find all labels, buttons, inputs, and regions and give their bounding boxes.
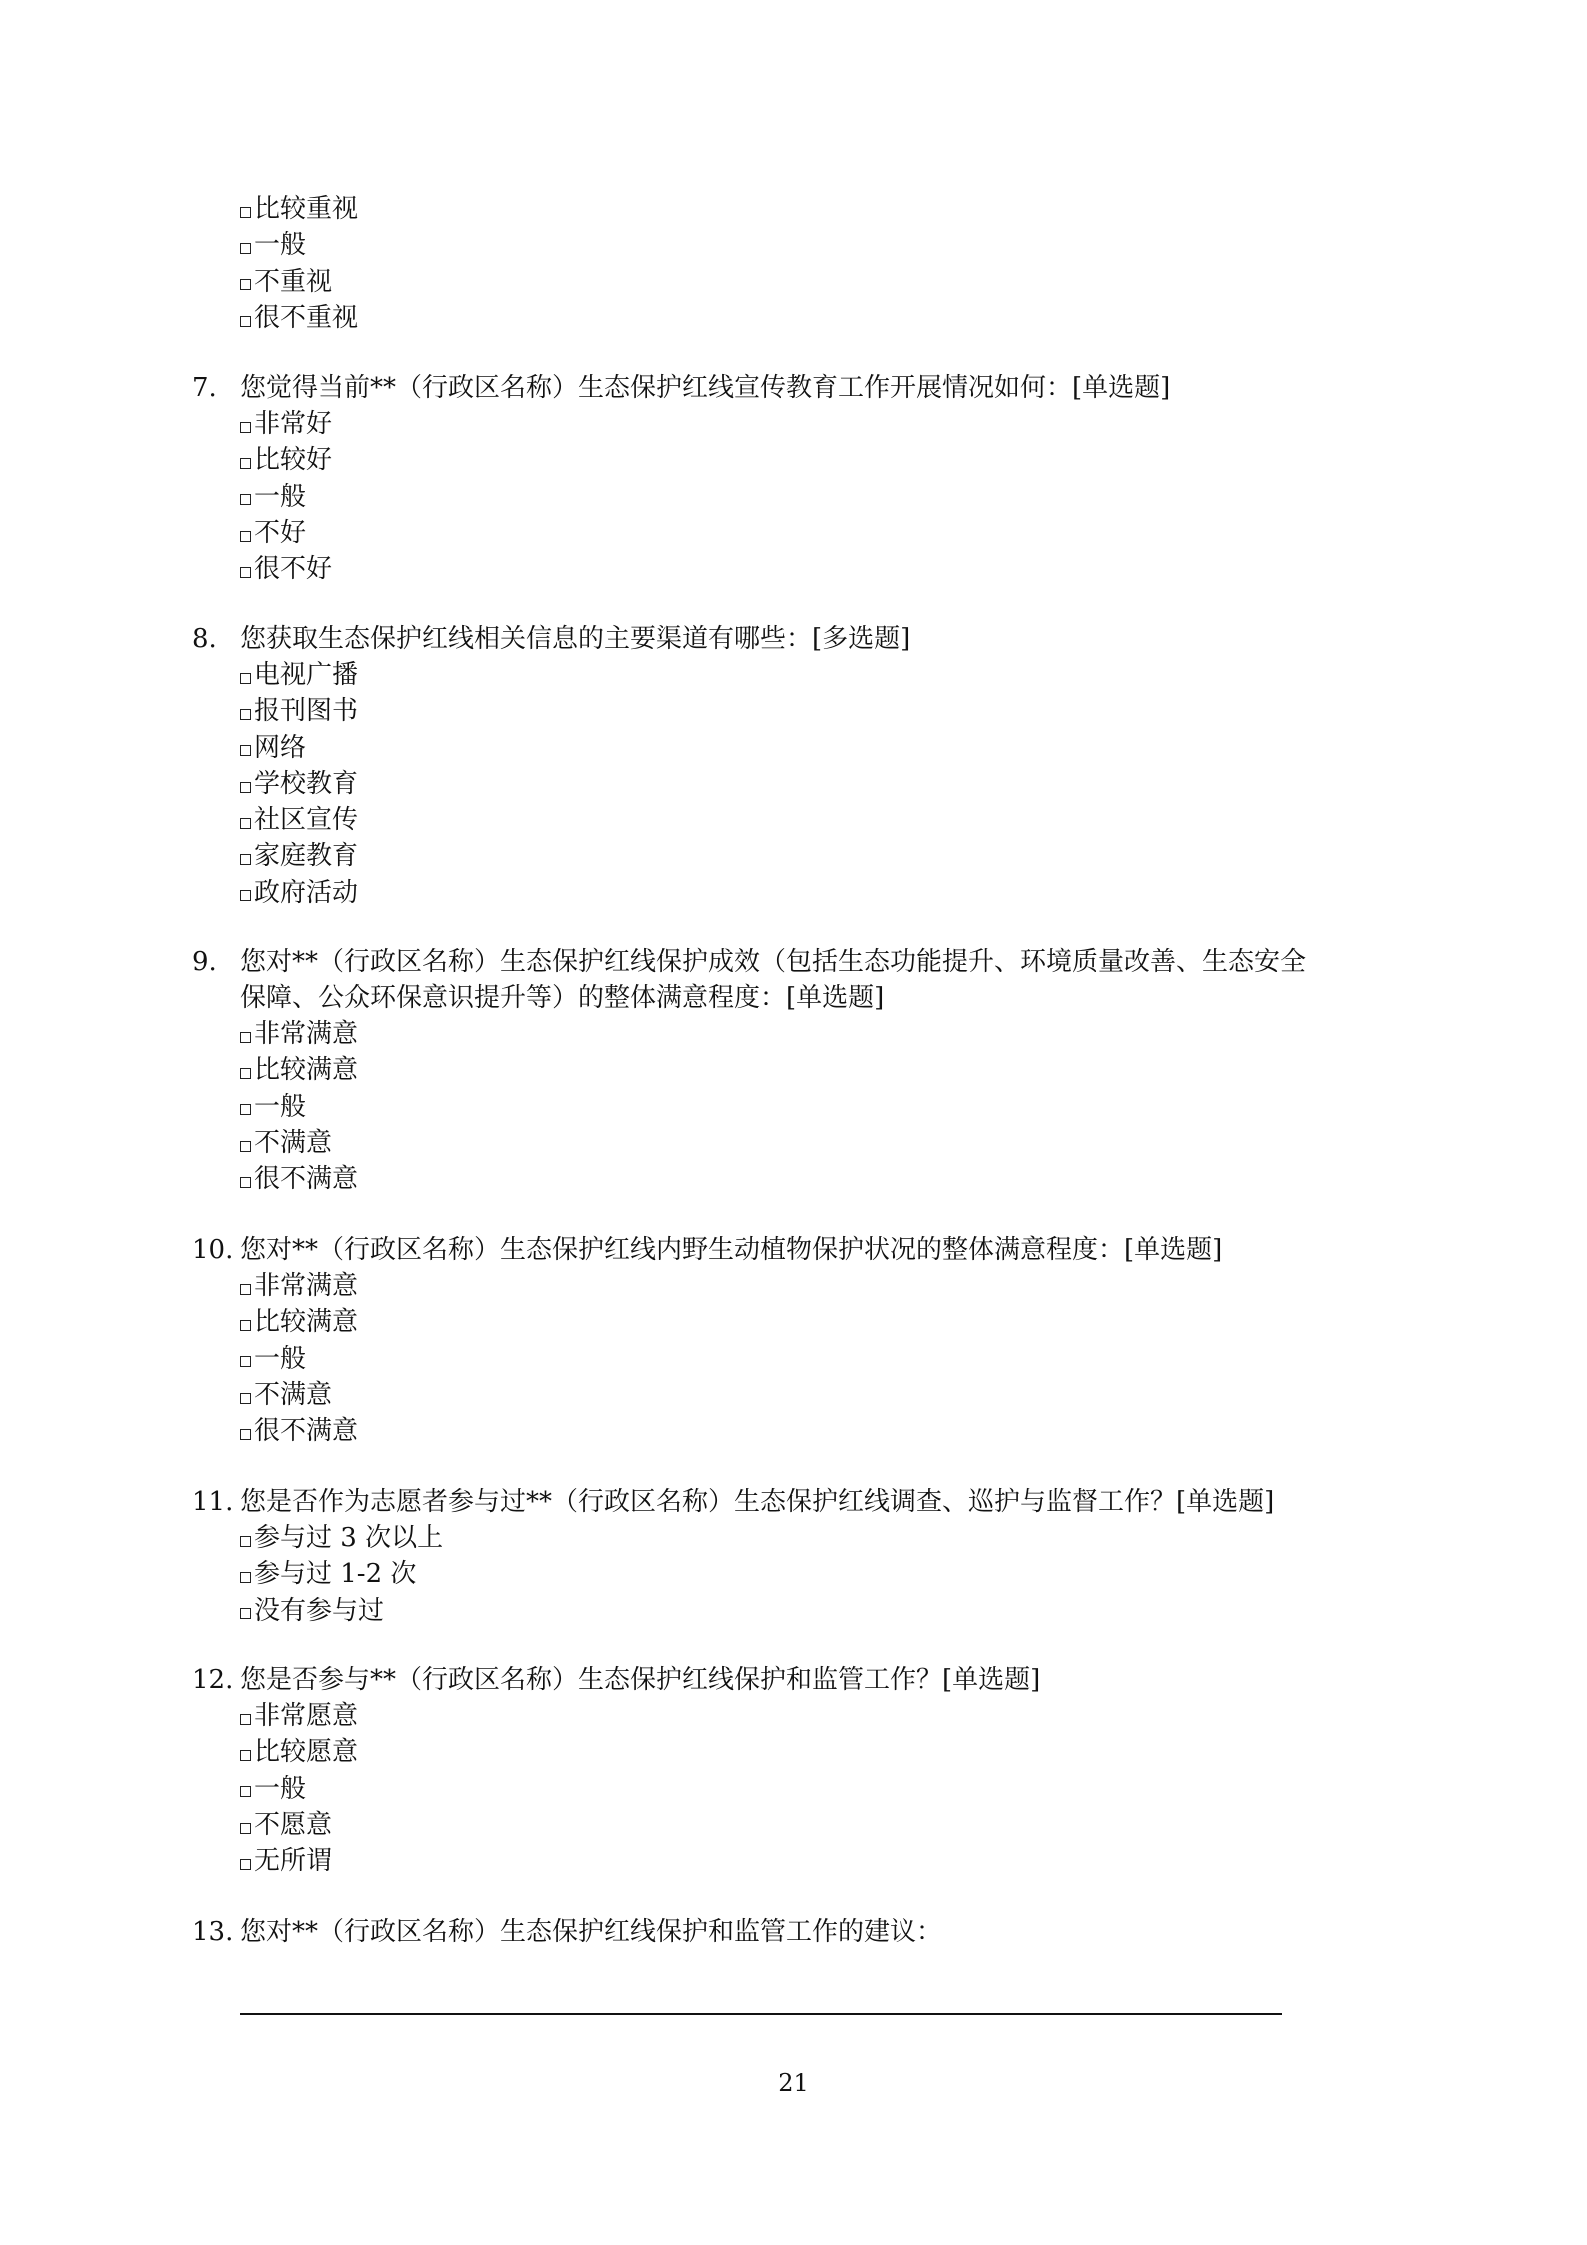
option[interactable]: 比较重视 [192,191,1412,227]
checkbox-icon[interactable] [240,422,251,433]
question-text: 9.您对**（行政区名称）生态保护红线保护成效（包括生态功能提升、环境质量改善、… [192,944,1412,980]
checkbox-icon[interactable] [240,1068,251,1079]
question-number: 7. [192,370,217,406]
option[interactable]: 不重视 [192,264,1412,300]
option[interactable]: 比较满意 [192,1052,1412,1088]
checkbox-icon[interactable] [240,531,251,542]
checkbox-icon[interactable] [240,1823,251,1834]
checkbox-icon[interactable] [240,1320,251,1331]
option[interactable]: 不满意 [192,1377,1412,1413]
question-number: 9. [192,944,217,980]
checkbox-icon[interactable] [240,1104,251,1115]
question-number: 13. [192,1914,233,1950]
option[interactable]: 一般 [192,227,1412,263]
option[interactable]: 参与过 1-2 次 [192,1556,1412,1592]
q6-continued-options: 比较重视 一般 不重视 很不重视 [192,191,1412,336]
question-11: 11.您是否作为志愿者参与过**（行政区名称）生态保护红线调查、巡护与监督工作？… [192,1484,1412,1629]
checkbox-icon[interactable] [240,745,251,756]
checkbox-icon[interactable] [240,316,251,327]
checkbox-icon[interactable] [240,1032,251,1043]
checkbox-icon[interactable] [240,1429,251,1440]
checkbox-icon[interactable] [240,567,251,578]
question-9: 9.您对**（行政区名称）生态保护红线保护成效（包括生态功能提升、环境质量改善、… [192,944,1412,1197]
checkbox-icon[interactable] [240,1572,251,1583]
checkbox-icon[interactable] [240,279,251,290]
checkbox-icon[interactable] [240,673,251,684]
option[interactable]: 不满意 [192,1125,1412,1161]
option[interactable]: 很不重视 [192,300,1412,336]
option[interactable]: 一般 [192,1771,1412,1807]
option[interactable]: 很不满意 [192,1161,1412,1197]
option[interactable]: 报刊图书 [192,693,1412,729]
option[interactable]: 很不好 [192,551,1412,587]
option[interactable]: 社区宣传 [192,802,1412,838]
question-number: 10. [192,1232,233,1268]
option[interactable]: 比较好 [192,442,1412,478]
checkbox-icon[interactable] [240,207,251,218]
checkbox-icon[interactable] [240,1141,251,1152]
question-text: 7.您觉得当前**（行政区名称）生态保护红线宣传教育工作开展情况如何：[单选题] [192,370,1412,406]
option[interactable]: 非常满意 [192,1268,1412,1304]
option[interactable]: 非常好 [192,406,1412,442]
option[interactable]: 政府活动 [192,875,1412,911]
question-text-continued: 保障、公众环保意识提升等）的整体满意程度：[单选题] [192,980,1412,1016]
option[interactable]: 不愿意 [192,1807,1412,1843]
question-text: 8.您获取生态保护红线相关信息的主要渠道有哪些：[多选题] [192,621,1412,657]
question-number: 12. [192,1662,233,1698]
option[interactable]: 非常满意 [192,1016,1412,1052]
option[interactable]: 无所谓 [192,1843,1412,1879]
checkbox-icon[interactable] [240,854,251,865]
option[interactable]: 比较愿意 [192,1734,1412,1770]
option[interactable]: 一般 [192,1341,1412,1377]
checkbox-icon[interactable] [240,709,251,720]
checkbox-icon[interactable] [240,458,251,469]
question-text: 11.您是否作为志愿者参与过**（行政区名称）生态保护红线调查、巡护与监督工作？… [192,1484,1412,1520]
checkbox-icon[interactable] [240,1536,251,1547]
question-text: 13.您对**（行政区名称）生态保护红线保护和监管工作的建议： [192,1914,1412,1950]
question-13: 13.您对**（行政区名称）生态保护红线保护和监管工作的建议： [192,1914,1412,1950]
question-text: 12.您是否参与**（行政区名称）生态保护红线保护和监管工作？[单选题] [192,1662,1412,1698]
question-number: 8. [192,621,217,657]
checkbox-icon[interactable] [240,1750,251,1761]
document-page: 比较重视 一般 不重视 很不重视 7.您觉得当前**（行政区名称）生态保护红线宣… [0,0,1587,2245]
checkbox-icon[interactable] [240,1393,251,1404]
option[interactable]: 学校教育 [192,766,1412,802]
checkbox-icon[interactable] [240,1356,251,1367]
question-10: 10.您对**（行政区名称）生态保护红线内野生动植物保护状况的整体满意程度：[单… [192,1232,1412,1449]
option[interactable]: 不好 [192,515,1412,551]
checkbox-icon[interactable] [240,1608,251,1619]
checkbox-icon[interactable] [240,890,251,901]
question-number: 11. [192,1484,233,1520]
checkbox-icon[interactable] [240,1284,251,1295]
option[interactable]: 很不满意 [192,1413,1412,1449]
question-7: 7.您觉得当前**（行政区名称）生态保护红线宣传教育工作开展情况如何：[单选题]… [192,370,1412,587]
option[interactable]: 电视广播 [192,657,1412,693]
checkbox-icon[interactable] [240,782,251,793]
option[interactable]: 非常愿意 [192,1698,1412,1734]
question-12: 12.您是否参与**（行政区名称）生态保护红线保护和监管工作？[单选题] 非常愿… [192,1662,1412,1879]
checkbox-icon[interactable] [240,1786,251,1797]
option[interactable]: 一般 [192,1089,1412,1125]
checkbox-icon[interactable] [240,1177,251,1188]
question-text: 10.您对**（行政区名称）生态保护红线内野生动植物保护状况的整体满意程度：[单… [192,1232,1412,1268]
checkbox-icon[interactable] [240,1714,251,1725]
checkbox-icon[interactable] [240,818,251,829]
checkbox-icon[interactable] [240,494,251,505]
page-number: 21 [0,2069,1587,2097]
option[interactable]: 比较满意 [192,1304,1412,1340]
checkbox-icon[interactable] [240,1859,251,1870]
option[interactable]: 网络 [192,730,1412,766]
checkbox-icon[interactable] [240,243,251,254]
answer-blank-line[interactable] [240,2013,1282,2015]
option[interactable]: 参与过 3 次以上 [192,1520,1412,1556]
question-8: 8.您获取生态保护红线相关信息的主要渠道有哪些：[多选题] 电视广播 报刊图书 … [192,621,1412,911]
option[interactable]: 没有参与过 [192,1593,1412,1629]
option[interactable]: 一般 [192,479,1412,515]
option[interactable]: 家庭教育 [192,838,1412,874]
